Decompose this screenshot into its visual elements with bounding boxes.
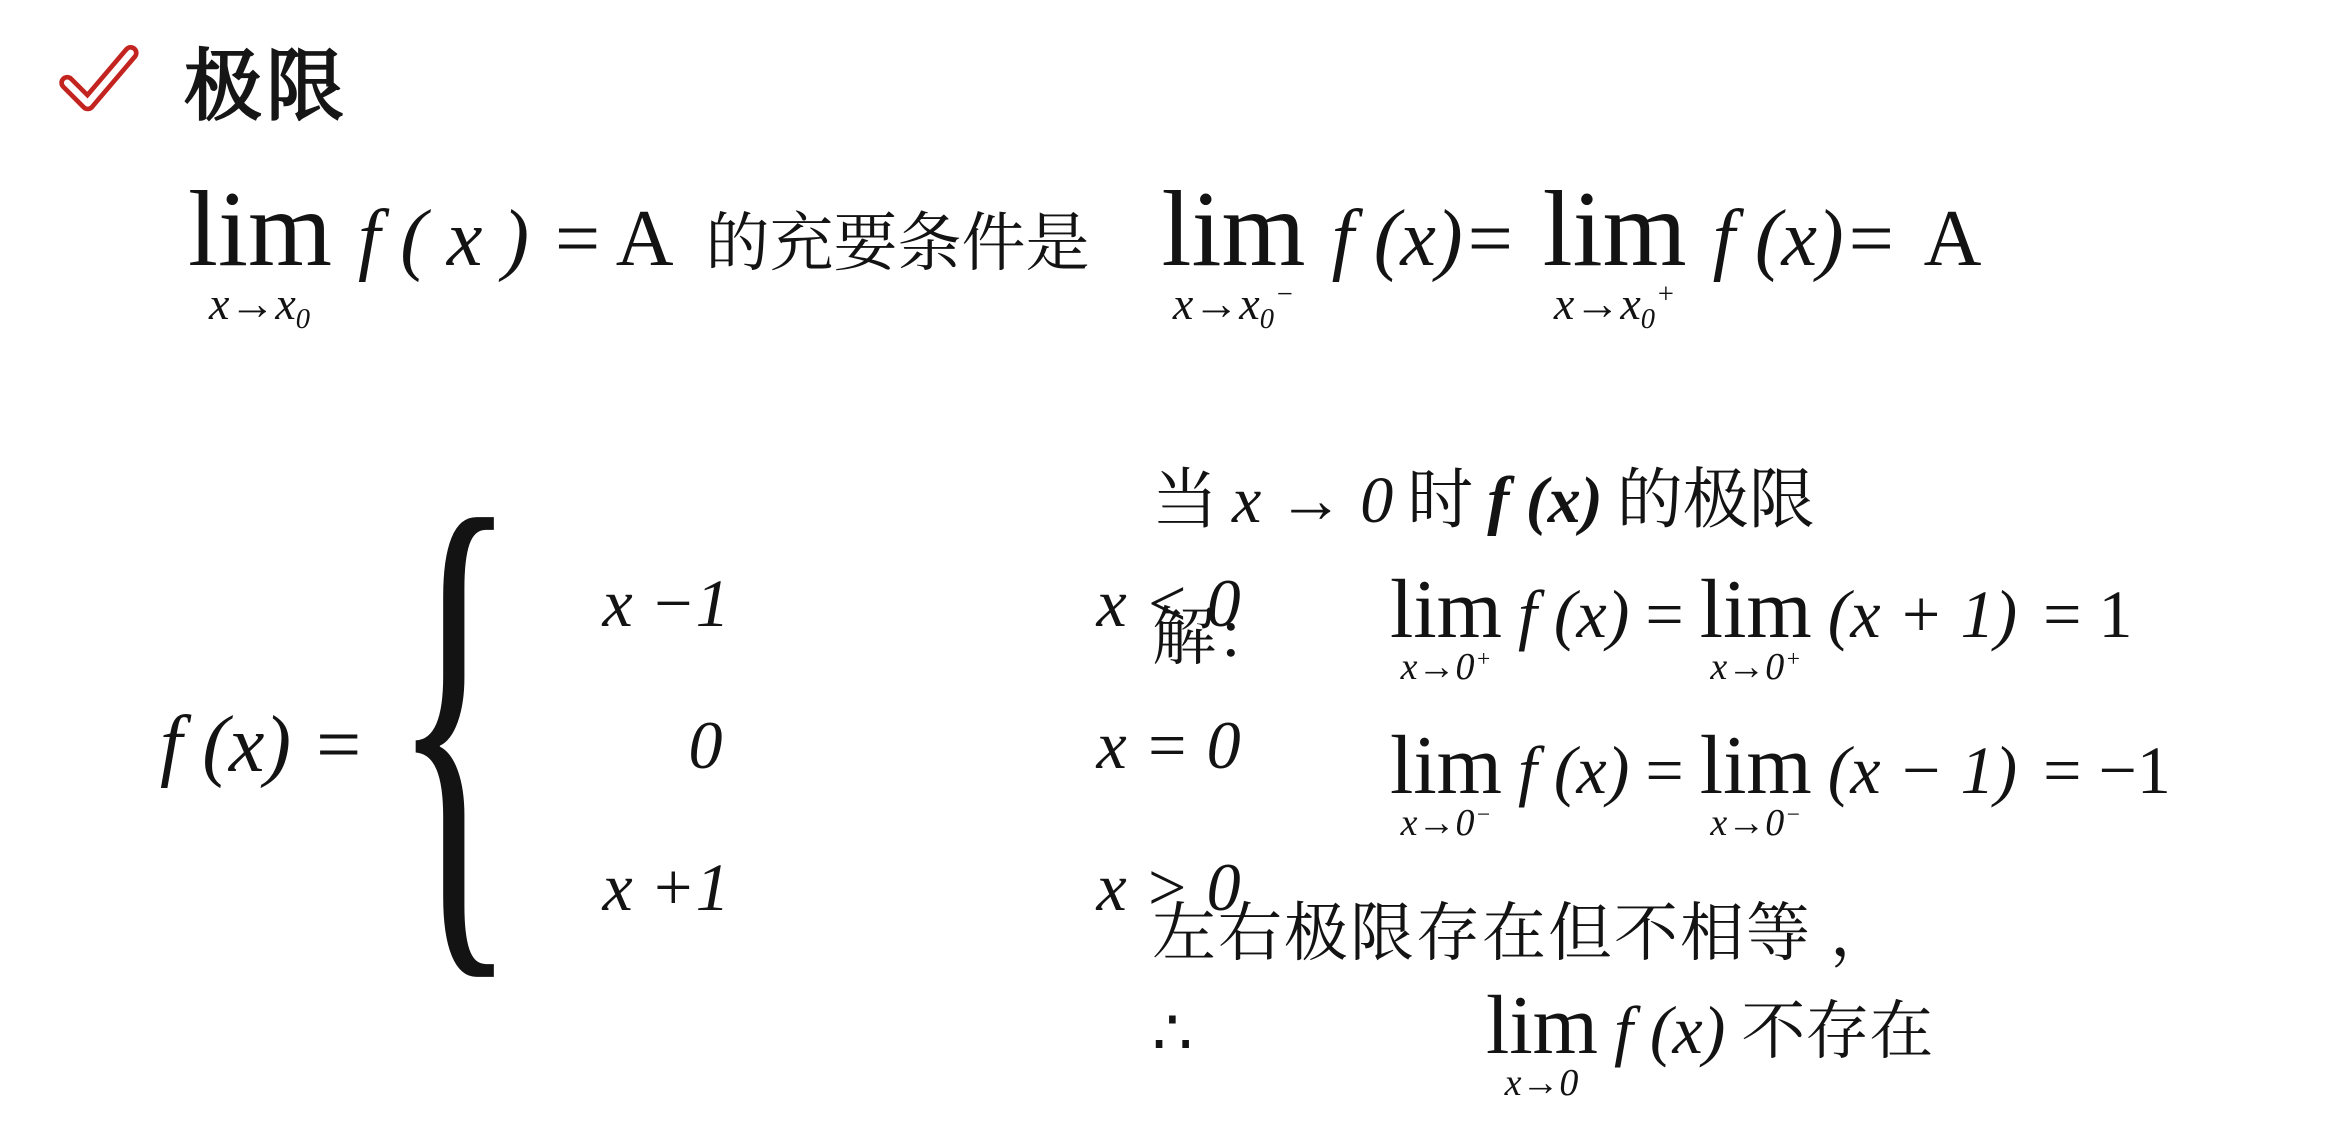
lim-word: lim [1486,979,1598,1072]
expression-term: (x + 1) [1828,575,2017,654]
fx-term: f (x) [1518,731,1629,810]
fx-term: f (x) [1518,575,1629,654]
fx-term: f (x)= [1713,194,1898,285]
lim-word: lim [1700,563,1812,656]
result-A: A [1924,194,1982,285]
lim-x-to-0-minus: lim x→0− [1700,724,1812,808]
lim-word: lim [1700,719,1812,812]
fx-term: f ( x ) [358,194,529,285]
lim-subscript: x→x0− [1173,281,1294,335]
header: 极限 [56,24,348,136]
not-exist-text: 不存在 [1741,980,1933,1072]
lim-word: lim [1390,563,1502,656]
lim-x-to-0-plus: lim x→0+ [1390,568,1502,652]
therefore-symbol: ∴ [1152,996,1193,1070]
example-section: 当 x → 0 时 f (x) 的极限 解： lim x→0+ f (x) = … [1152,440,2336,1128]
lim-word: lim [1162,170,1306,289]
lim-word: lim [1390,719,1502,812]
check-icon [56,38,140,122]
result-value: = 1 [2043,575,2132,654]
result-value: = −1 [2043,731,2171,810]
shi-text: 时 [1407,446,1473,541]
lim-x-to-x0-plus: lim x→x0+ [1543,176,1687,284]
lim-subscript: x→x0+ [1554,281,1675,335]
lim-x-to-0: lim x→0 [1486,984,1598,1068]
equals-sign: = [1645,575,1683,654]
fx-term: f (x) [1614,991,1725,1070]
left-limit-equation: lim x→0− f (x) = lim x→0− (x − 1) = −1 [1390,724,2171,810]
slide-canvas: 极限 lim x→x0 f ( x ) = A 的充要条件是 lim x→x0−… [0,0,2336,1128]
piecewise-value-2: 0 [603,674,1097,816]
iff-condition-text: 的充要条件是 [706,192,1090,284]
fx-term: f (x) [1487,463,1602,539]
lim-subscript: x→0 [1505,1064,1580,1108]
right-limit-equation: lim x→0+ f (x) = lim x→0+ (x + 1) = 1 [1390,568,2132,654]
piecewise-value-1: x −1 [603,532,1097,674]
lim-x-to-0-minus: lim x→0− [1390,724,1502,808]
page-title: 极限 [184,24,348,136]
piecewise-definition: f (x) = { x −1 x < 0 0 x = 0 x +1 x > 0 [160,440,1241,1050]
piecewise-rows: x −1 x < 0 0 x = 0 x +1 x > 0 [603,532,1241,958]
solve-label: 解： [1152,586,1280,678]
lim-word: lim [1543,170,1687,289]
lim-x-to-x0-minus: lim x→x0− [1162,176,1306,284]
lim-subscript: x→0+ [1710,648,1801,692]
piecewise-value-3: x +1 [603,816,1097,958]
lim-subscript: x→0− [1710,804,1801,848]
problem-statement: 当 x → 0 时 f (x) 的极限 [1152,446,1815,541]
lim-x-to-0-plus: lim x→0+ [1700,568,1812,652]
lim-subscript: x→0+ [1401,648,1492,692]
lim-subscript: x→0− [1401,804,1492,848]
fx-term: f (x)= [1332,194,1517,285]
lim-subscript: x→x0 [209,281,311,335]
dang-text: 当 [1152,446,1218,541]
conclusion-text: 左右极限存在但不相等 ， [1152,882,1896,974]
function-lhs: f (x) = [160,700,365,791]
expression-term: (x − 1) [1828,731,2017,810]
curly-brace: { [392,445,518,989]
equals-A: = A [555,194,673,285]
equals-sign: = [1645,731,1683,810]
lim-word: lim [188,170,332,289]
limit-of-text: 的极限 [1617,446,1815,541]
limit-theorem-formula: lim x→x0 f ( x ) = A 的充要条件是 lim x→x0− f … [188,176,1981,285]
x-to-0-term: x → 0 [1232,463,1393,539]
limit-not-exist-equation: lim x→0 f (x) 不存在 [1486,980,1933,1072]
lim-x-to-x0: lim x→x0 [188,176,332,284]
